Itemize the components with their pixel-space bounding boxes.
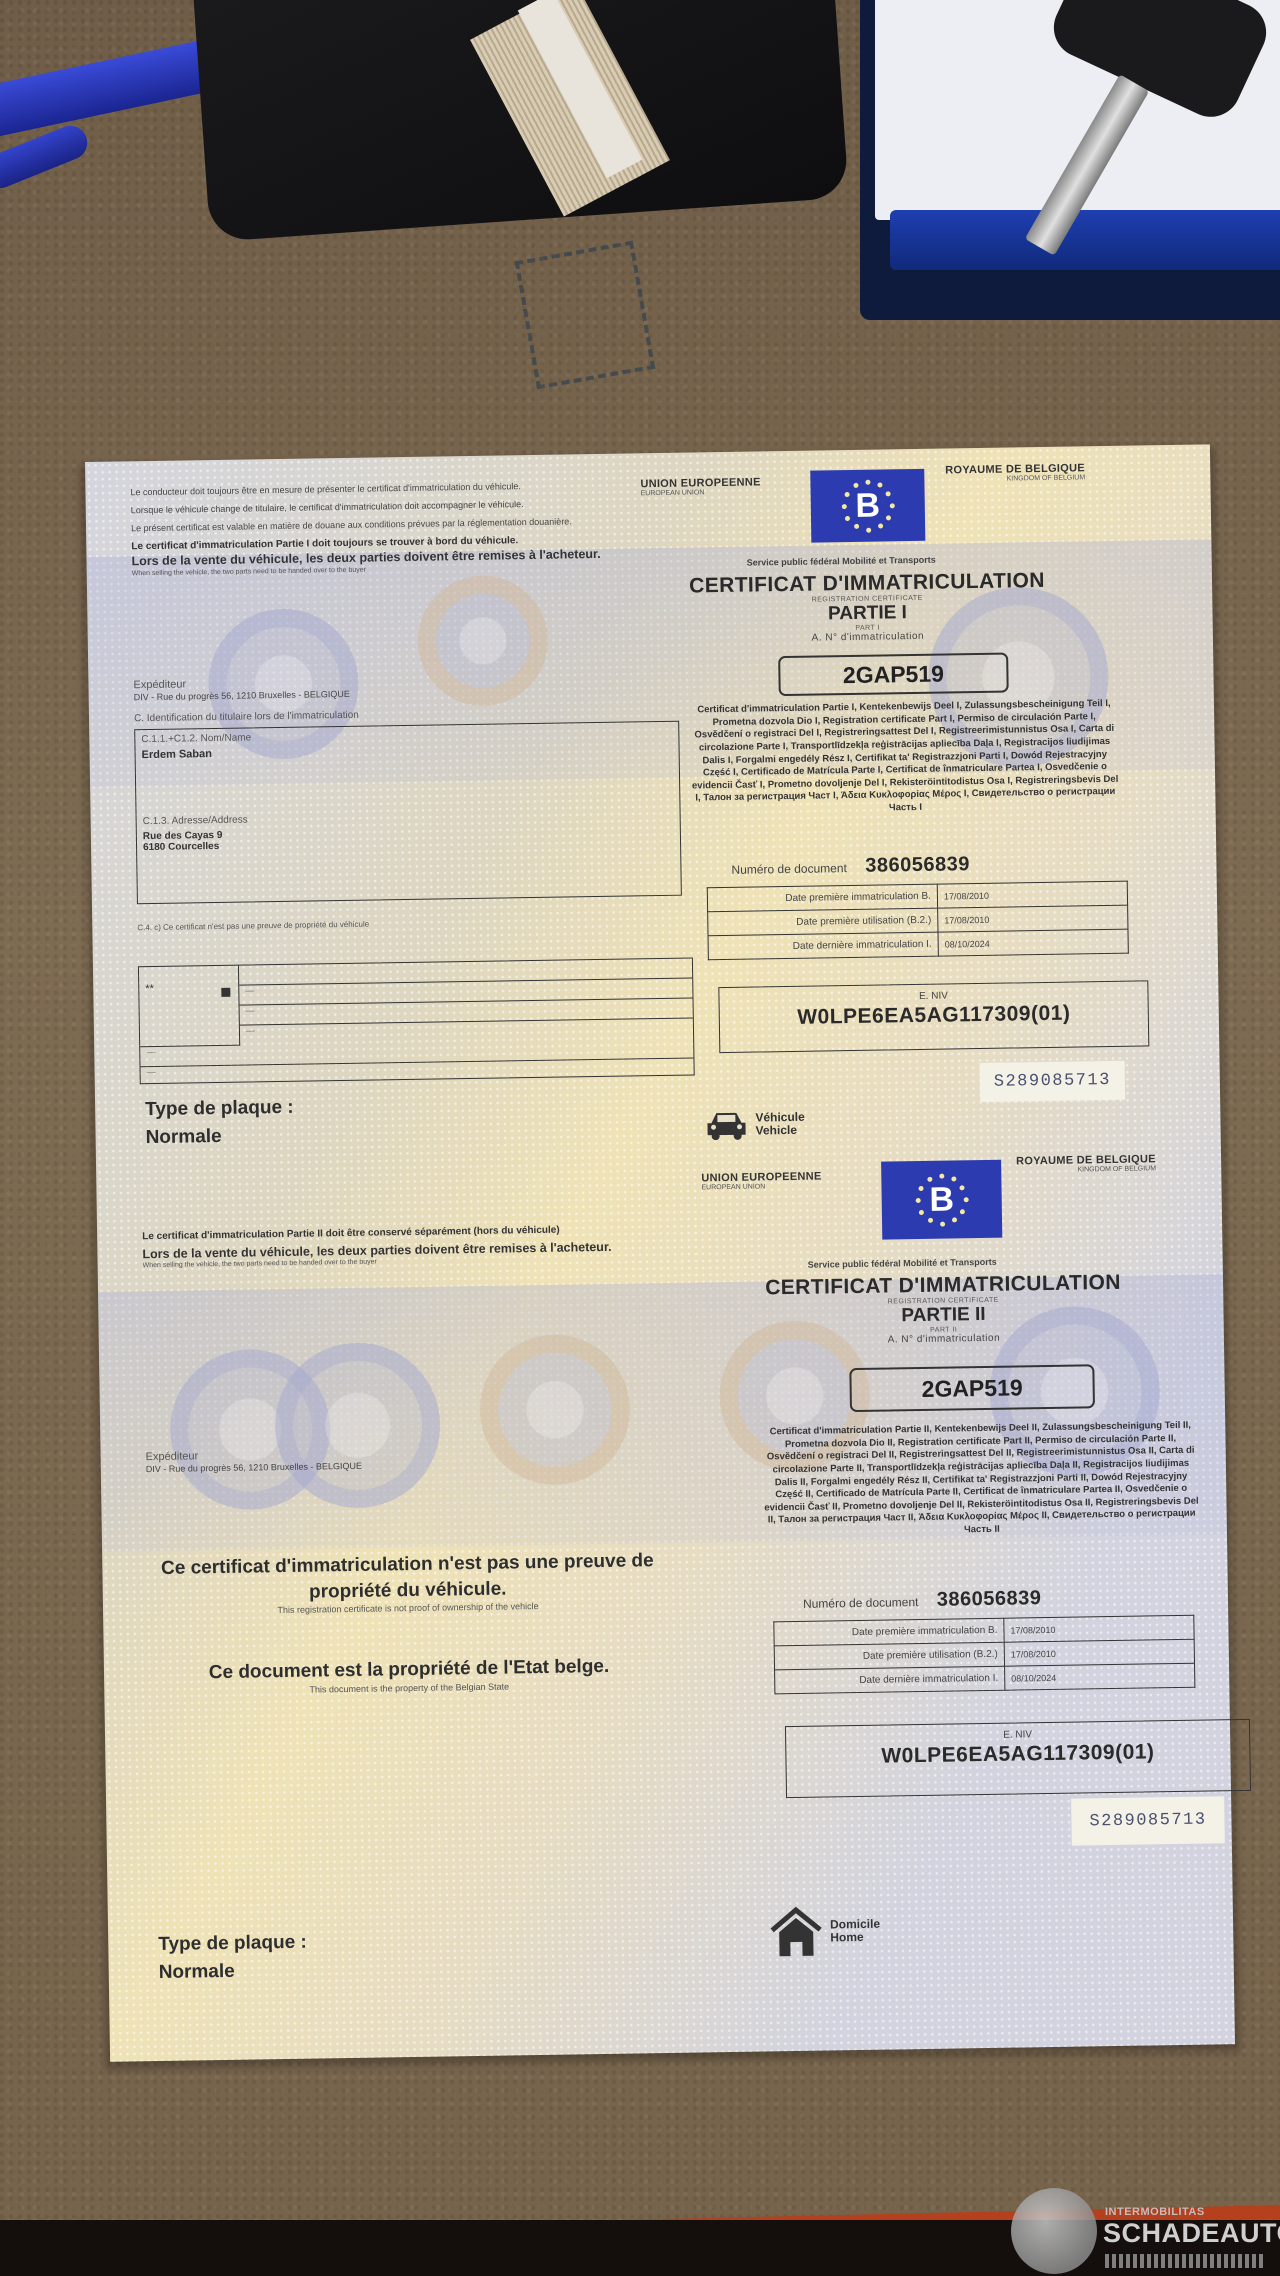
certificate-title-block: CERTIFICAT D'IMMATRICULATION REGISTRATIO…: [667, 569, 1068, 646]
flag-stars-ring: B: [839, 477, 896, 534]
plate-type-value: Normale: [145, 1121, 294, 1151]
service-name: Service public fédéral Mobilité et Trans…: [808, 1256, 997, 1271]
home-label-en: Home: [830, 1930, 880, 1943]
star-icon: [877, 482, 882, 487]
plate-type-label: Type de plaque :: [145, 1094, 294, 1124]
star-icon: [865, 479, 870, 484]
star-icon: [889, 503, 894, 508]
country-header: ROYAUME DE BELGIQUE KINGDOM OF BELGIUM: [945, 462, 1085, 483]
country-header: ROYAUME DE BELGIQUE KINGDOM OF BELGIUM: [1016, 1153, 1156, 1174]
c4-note: C.4. c) Ce certificat n'est pas une preu…: [137, 920, 369, 933]
eu-sub: EUROPEAN UNION: [701, 1183, 821, 1192]
vehicle-label-en: Vehicle: [755, 1123, 805, 1136]
blue-folder-edge: [890, 210, 1280, 270]
star-icon: [866, 527, 871, 532]
plate-type-label: Type de plaque :: [158, 1929, 307, 1959]
vin-box: E. NIV W0LPE6EA5AG117309(01): [718, 980, 1149, 1053]
date-value: 17/08/2010: [938, 905, 1128, 932]
notice-1: Le conducteur doit toujours être en mesu…: [130, 479, 610, 499]
grid-square-icon: [221, 988, 230, 997]
eu-label: UNION EUROPEENNE: [640, 476, 761, 490]
vin-value: W0LPE6EA5AG117309(01): [720, 1000, 1148, 1031]
globe-icon: [1011, 2188, 1097, 2274]
sender: Expéditeur DIV - Rue du progrès 56, 1210…: [146, 1448, 362, 1476]
serial-number: S289085713: [1071, 1796, 1225, 1845]
date-label: Date première utilisation (B.2.): [774, 1642, 1004, 1670]
dates-table: Date première immatriculation B.17/08/20…: [773, 1615, 1195, 1695]
remarks-rows-right: — — —: [239, 959, 693, 1046]
star-icon: [960, 1185, 965, 1190]
document-number: Numéro de document 386056839: [803, 1587, 1042, 1614]
date-label: Date dernière immatriculation I.: [708, 932, 938, 960]
holder-box: C.1.1.+C1.2. Nom/Name Erdem Saban C.1.3.…: [134, 721, 682, 905]
vehicle-label-fr: Véhicule: [755, 1111, 805, 1124]
date-value: 08/10/2024: [938, 929, 1128, 956]
star-icon: [845, 515, 850, 520]
multilanguage-titles: Certificat d'immatriculation Partie I, K…: [689, 698, 1121, 818]
certificate-title-block: CERTIFICAT D'IMMATRICULATION REGISTRATIO…: [733, 1270, 1154, 1348]
ownership-disclaimer: Ce certificat d'immatriculation n'est pa…: [157, 1548, 658, 1617]
star-icon: [927, 1218, 932, 1223]
document-number-value: 386056839: [865, 853, 970, 877]
sender: Expéditeur DIV - Rue du progrès 56, 1210…: [133, 676, 349, 704]
eu-sub: EUROPEAN UNION: [641, 488, 761, 497]
vin-value: W0LPE6EA5AG117309(01): [786, 1739, 1249, 1770]
plate-number: 2GAP519: [849, 1364, 1095, 1412]
home-icon: [768, 1906, 825, 1959]
star-icon: [854, 524, 859, 529]
star-icon: [960, 1209, 965, 1214]
notices: Le certificat d'immatriculation Partie I…: [142, 1223, 643, 1269]
eu-flag-icon: B: [810, 469, 925, 543]
plate-number: 2GAP519: [778, 653, 1009, 697]
watermark-brand: SCHADEAUTOS.NL: [1103, 2218, 1280, 2249]
watermark-small-text: INTERMOBILITAS: [1105, 2206, 1205, 2218]
eu-label: UNION EUROPEENNE: [701, 1171, 822, 1185]
plate-type: Type de plaque : Normale: [158, 1929, 307, 1986]
date-value: 17/08/2010: [1004, 1615, 1194, 1642]
registration-certificate: Le conducteur doit toujours être en mesu…: [85, 444, 1235, 2061]
eu-header: UNION EUROPEENNE EUROPEAN UNION: [640, 476, 761, 497]
document-number-label: Numéro de document: [803, 1595, 919, 1611]
document-number: Numéro de document 386056839: [731, 853, 970, 880]
star-icon: [886, 515, 891, 520]
flag-letter: B: [913, 1171, 970, 1228]
eu-header: UNION EUROPEENNE EUROPEAN UNION: [701, 1171, 822, 1192]
star-icon: [951, 1218, 956, 1223]
watermark-logo: INTERMOBILITAS SCHADEAUTOS.NL: [995, 2188, 1280, 2276]
star-icon: [844, 491, 849, 496]
date-label: Date première immatriculation B.: [707, 884, 937, 912]
certificate-part-1: Le conducteur doit toujours être en mesu…: [85, 444, 1221, 1162]
dates-table: Date première immatriculation B.17/08/20…: [707, 881, 1129, 961]
flag-stars-ring: B: [913, 1171, 970, 1228]
date-value: 17/08/2010: [1004, 1639, 1194, 1666]
serial-number: S289085713: [980, 1061, 1126, 1102]
multilanguage-titles: Certificat d'immatriculation Partie II, …: [760, 1420, 1202, 1541]
date-value: 08/10/2024: [1005, 1663, 1195, 1690]
certificate-part-2: Le certificat d'immatriculation Partie I…: [96, 1144, 1235, 2062]
star-icon: [919, 1209, 924, 1214]
date-value: 17/08/2010: [937, 881, 1127, 908]
star-icon: [939, 1173, 944, 1178]
star-icon: [940, 1221, 945, 1226]
star-icon: [963, 1197, 968, 1202]
star-icon: [841, 504, 846, 509]
star-icon: [951, 1176, 956, 1181]
car-icon: [705, 1109, 747, 1142]
date-label: Date première utilisation (B.2.): [708, 908, 938, 936]
document-number-value: 386056839: [937, 1587, 1042, 1611]
vin-box: E. NIV W0LPE6EA5AG117309(01): [785, 1719, 1251, 1798]
ownership-disclaimer-fr: Ce certificat d'immatriculation n'est pa…: [157, 1548, 658, 1607]
flag-letter: B: [839, 477, 896, 534]
document-number-label: Numéro de document: [731, 861, 847, 877]
remarks-grid: ** — — — — —: [138, 958, 695, 1085]
star-icon: [927, 1176, 932, 1181]
remarks-rows-bottom: — —: [140, 1039, 694, 1088]
vehicle-label: Véhicule Vehicle: [755, 1111, 805, 1137]
star-icon: [853, 483, 858, 488]
date-label: Date dernière immatriculation I.: [775, 1666, 1005, 1694]
plate-type-value: Normale: [159, 1956, 308, 1986]
plate-type: Type de plaque : Normale: [145, 1094, 294, 1151]
notice-3: Le présent certificat est valable en mat…: [131, 515, 611, 535]
notice-2: Lorsque le véhicule change de titulaire,…: [131, 497, 611, 517]
notices: Le conducteur doit toujours être en mesu…: [130, 479, 611, 579]
star-icon: [918, 1185, 923, 1190]
remarks-grid-marker-cell: **: [139, 966, 240, 1048]
eu-flag-icon: B: [881, 1160, 1002, 1240]
watermark-stripes: [1105, 2254, 1263, 2268]
state-property: Ce document est la propriété de l'Etat b…: [159, 1653, 659, 1696]
home-label: Domicile Home: [830, 1918, 880, 1944]
star-icon: [878, 524, 883, 529]
home-label-fr: Domicile: [830, 1918, 880, 1931]
grid-marker: **: [145, 983, 154, 995]
star-icon: [915, 1197, 920, 1202]
star-icon: [886, 491, 891, 496]
desk-stamp-mark: [515, 241, 656, 390]
date-label: Date première immatriculation B.: [774, 1618, 1004, 1646]
